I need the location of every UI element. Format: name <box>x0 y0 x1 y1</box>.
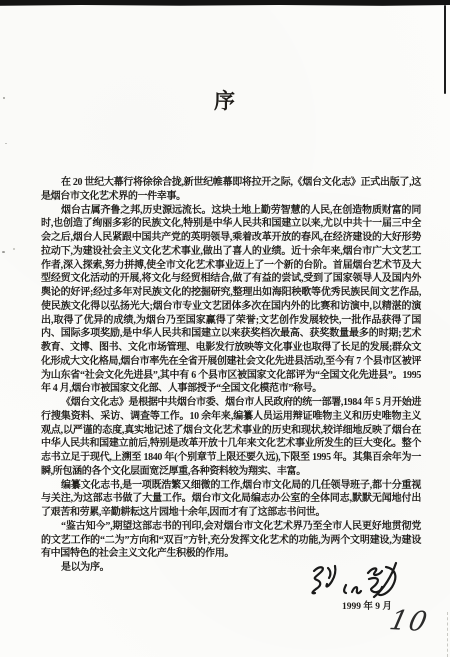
scanned-document-page: 序 在 20 世纪大幕行将徐徐合拢,新世纪帷幕即将拉开之际,《烟台文化志》正式出… <box>0 0 450 657</box>
signature-handwriting: 孙以勤 <box>308 561 408 599</box>
scan-edge-artifact-top <box>0 0 450 5</box>
page-title: 序 <box>0 85 450 115</box>
scan-edge-artifact-bottom-right <box>447 612 448 657</box>
signature-block: 孙以勤 1999 年 9 月 <box>308 561 420 599</box>
scan-speck <box>2 251 5 253</box>
scan-edge-artifact-right <box>444 5 446 94</box>
body-paragraph: 编纂文化志书,是一项既浩繁又细微的工作,烟台市文化局的几任领导班子,都十分重视与… <box>41 479 421 520</box>
document-body: 在 20 世纪大幕行将徐徐合拢,新世纪帷幕即将拉开之际,《烟台文化志》正式出版了… <box>41 176 421 575</box>
body-paragraph: 在 20 世纪大幕行将徐徐合拢,新世纪帷幕即将拉开之际,《烟台文化志》正式出版了… <box>41 176 421 204</box>
scan-speck <box>5 143 7 144</box>
body-paragraph: 烟台古属齐鲁之邦,历史源远流长。这块土地上勤劳智慧的人民,在创造物质财富的同时,… <box>41 204 421 397</box>
scan-speck <box>13 248 15 250</box>
body-paragraph: 《烟台文化志》是根据中共烟台市委、烟台市人民政府的统一部署,1984 年 5 月… <box>41 396 421 479</box>
handwritten-page-number: 10 <box>387 605 432 638</box>
body-paragraph: “鉴古知今”,期望这部志书的刊印,会对烟台市文化艺术界乃至全市人民更好地贯彻党的… <box>41 520 421 561</box>
